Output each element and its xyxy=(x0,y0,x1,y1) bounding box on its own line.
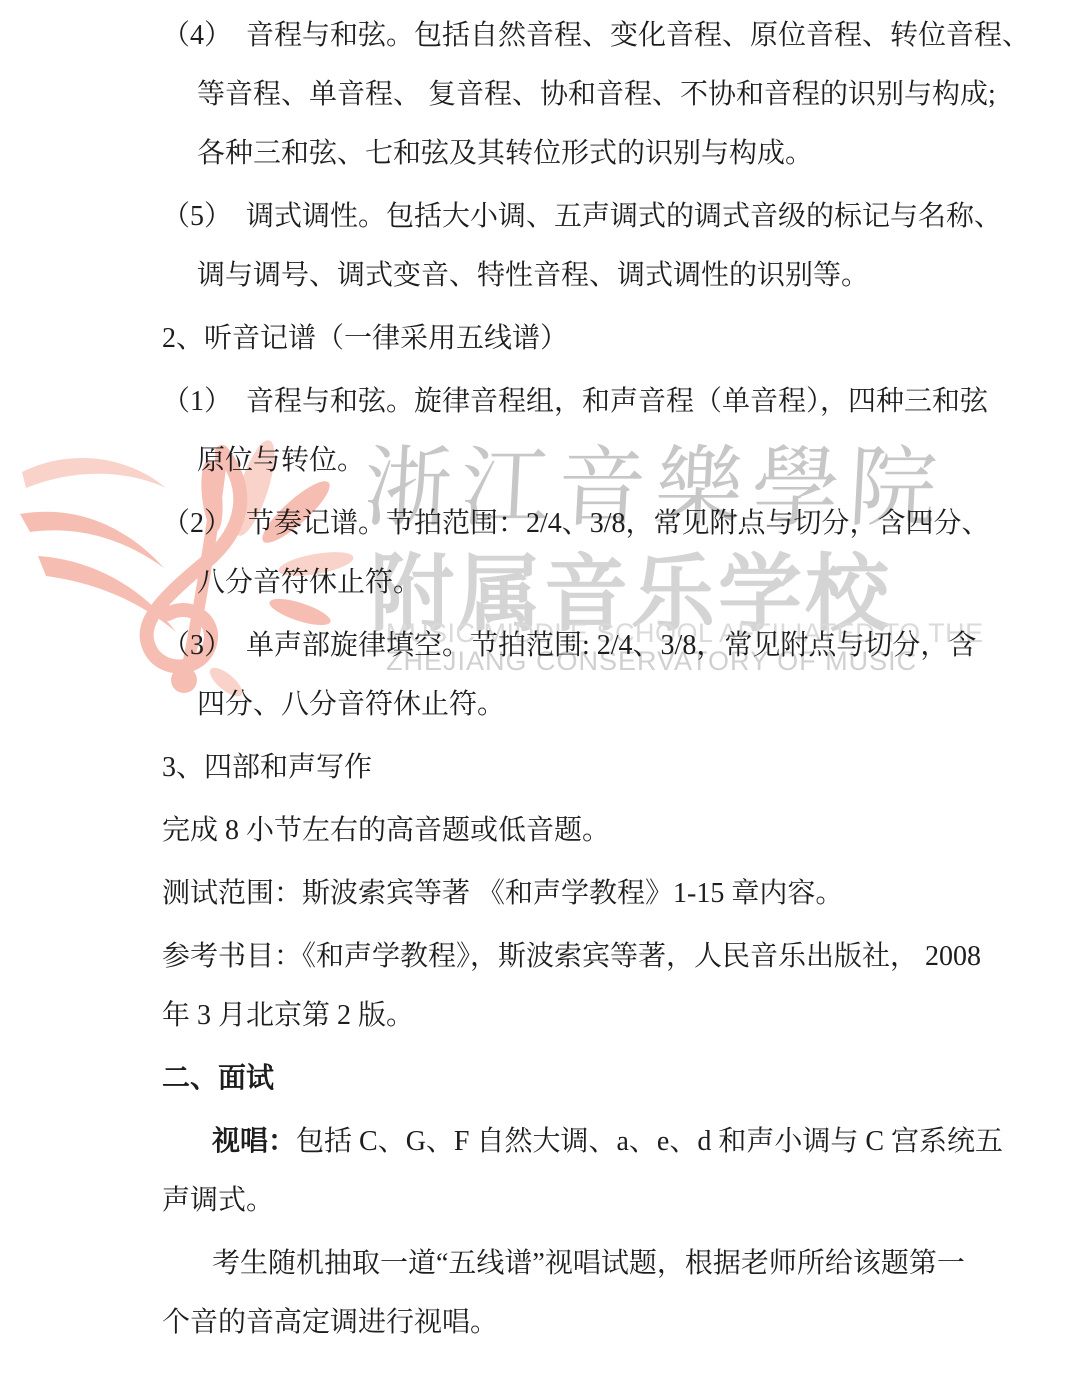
paragraph-test-scope: 测试范围：斯波索宾等著 《和声学教程》1-15 章内容。 xyxy=(162,864,940,923)
text-line: 3、四部和声写作 xyxy=(162,738,940,797)
heading-interview: 二、面试 xyxy=(162,1049,940,1108)
text-line: 测试范围：斯波索宾等著 《和声学教程》1-15 章内容。 xyxy=(162,864,940,923)
text-line: 声调式。 xyxy=(162,1171,940,1230)
paragraph-exam-procedure: 考生随机抽取一道“五线谱”视唱试题，根据老师所给该题第一 个音的音高定调进行视唱… xyxy=(162,1234,940,1352)
text-line: 参考书目：《和声学教程》，斯波索宾等著，人民音乐出版社， 2008 xyxy=(162,927,940,986)
text-line: 八分音符休止符。 xyxy=(162,553,940,612)
text-line: （3） 单声部旋律填空。节拍范围: 2/4、3/8，常见附点与切分，含 xyxy=(162,616,940,675)
text-line: 年 3 月北京第 2 版。 xyxy=(162,986,940,1045)
text-line: （2） 节奏记谱。节拍范围：2/4、3/8，常见附点与切分，含四分、 xyxy=(162,494,940,553)
text-line: （4） 音程与和弦。包括自然音程、变化音程、原位音程、转位音程、 xyxy=(162,6,940,65)
text-line: 个音的音高定调进行视唱。 xyxy=(162,1293,940,1352)
text-line: 等音程、单音程、 复音程、协和音程、不协和音程的识别与构成; xyxy=(162,65,940,124)
text-line: 原位与转位。 xyxy=(162,431,940,490)
heading-ear-training: 2、听音记谱（一律采用五线谱） xyxy=(162,309,940,368)
paragraph-sight-singing: 视唱：包括 C、G、F 自然大调、a、e、d 和声小调与 C 宫系统五 声调式。 xyxy=(162,1112,940,1230)
text-line: 调与调号、调式变音、特性音程、调式调性的识别等。 xyxy=(162,246,940,305)
document-page: 浙江音樂學院 附属音乐学校 MUSIC MIDDLE SCHOOL AFFILI… xyxy=(0,0,1080,1374)
text-line: 各种三和弦、七和弦及其转位形式的识别与构成。 xyxy=(162,124,940,183)
text-line: 考生随机抽取一道“五线谱”视唱试题，根据老师所给该题第一 xyxy=(162,1234,940,1293)
sight-singing-text: 包括 C、G、F 自然大调、a、e、d 和声小调与 C 宫系统五 xyxy=(296,1126,1003,1157)
document-body: （4） 音程与和弦。包括自然音程、变化音程、原位音程、转位音程、 等音程、单音程… xyxy=(162,6,940,1356)
text-line: 完成 8 小节左右的高音题或低音题。 xyxy=(162,801,940,860)
paragraph-item-3: （3） 单声部旋律填空。节拍范围: 2/4、3/8，常见附点与切分，含 四分、八… xyxy=(162,616,940,734)
paragraph-reference-book: 参考书目：《和声学教程》，斯波索宾等著，人民音乐出版社， 2008 年 3 月北… xyxy=(162,927,940,1045)
paragraph-item-5: （5） 调式调性。包括大小调、五声调式的调式音级的标记与名称、 调与调号、调式变… xyxy=(162,187,940,305)
text-line: （1） 音程与和弦。旋律音程组，和声音程（单音程），四种三和弦 xyxy=(162,372,940,431)
paragraph-task: 完成 8 小节左右的高音题或低音题。 xyxy=(162,801,940,860)
text-line: 2、听音记谱（一律采用五线谱） xyxy=(162,309,940,368)
text-line: 四分、八分音符休止符。 xyxy=(162,675,940,734)
text-line: 视唱：包括 C、G、F 自然大调、a、e、d 和声小调与 C 宫系统五 xyxy=(162,1112,940,1171)
heading-four-part-harmony: 3、四部和声写作 xyxy=(162,738,940,797)
text-line: （5） 调式调性。包括大小调、五声调式的调式音级的标记与名称、 xyxy=(162,187,940,246)
paragraph-item-2: （2） 节奏记谱。节拍范围：2/4、3/8，常见附点与切分，含四分、 八分音符休… xyxy=(162,494,940,612)
paragraph-item-4: （4） 音程与和弦。包括自然音程、变化音程、原位音程、转位音程、 等音程、单音程… xyxy=(162,6,940,183)
text-line: 二、面试 xyxy=(162,1049,940,1108)
sight-singing-label: 视唱： xyxy=(212,1126,296,1157)
paragraph-item-1: （1） 音程与和弦。旋律音程组，和声音程（单音程），四种三和弦 原位与转位。 xyxy=(162,372,940,490)
